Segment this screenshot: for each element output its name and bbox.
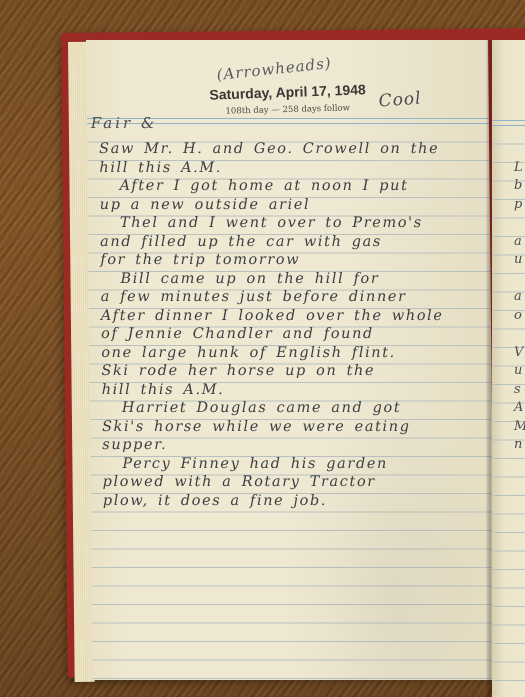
facing-mark — [514, 214, 525, 233]
entry-line: Harriet Douglas came and got — [102, 399, 487, 417]
facing-mark: u — [514, 251, 525, 270]
facing-mark: p — [514, 196, 525, 215]
diary-page-left: (Arrowheads) Saturday, April 17, 1948 10… — [86, 40, 495, 680]
diary-entry: Saw Mr. H. and Geo. Crowell on thehill t… — [99, 140, 488, 510]
entry-line: Percy Finney had his garden — [102, 454, 487, 472]
facing-mark: M — [514, 418, 525, 437]
header-double-rule — [492, 120, 525, 126]
entry-line: a few minutes just before dinner — [101, 288, 486, 306]
entry-line: hill this A.M. — [102, 380, 487, 398]
facing-mark: o — [514, 307, 525, 326]
entry-line: of Jennie Chandler and found — [101, 325, 486, 343]
facing-mark: s — [514, 381, 525, 400]
facing-mark — [514, 140, 525, 159]
entry-line: Thel and I went over to Premo's — [100, 214, 485, 232]
facing-mark: n — [514, 436, 525, 455]
facing-mark: V — [514, 344, 525, 363]
facing-mark: a — [514, 233, 525, 252]
entry-line: Ski's horse while we were eating — [102, 417, 487, 435]
handwritten-annotation: (Arrowheads) — [216, 54, 333, 84]
facing-mark: a — [514, 288, 525, 307]
entry-line: one large hunk of English flint. — [101, 343, 486, 361]
facing-page-handwriting: LbpauaoVusAMn — [514, 140, 525, 455]
facing-mark: b — [514, 177, 525, 196]
entry-line: plowed with a Rotary Tractor — [103, 473, 488, 491]
facing-mark: u — [514, 362, 525, 381]
weather-note-left: Fair & — [91, 114, 158, 132]
entry-line: hill this A.M. — [99, 158, 484, 176]
entry-line: and filled up the car with gas — [100, 232, 485, 250]
weather-note-right: Cool — [378, 89, 422, 112]
entry-line: up a new outside ariel — [100, 195, 485, 213]
facing-mark — [514, 325, 525, 344]
entry-line: Bill came up on the hill for — [100, 269, 485, 287]
entry-line: Ski rode her horse up on the — [101, 362, 486, 380]
entry-line: for the trip tomorrow — [100, 251, 485, 269]
facing-mark: L — [514, 159, 525, 178]
entry-line: plow, it does a fine job. — [103, 491, 488, 509]
facing-mark: A — [514, 399, 525, 418]
diary-page-right-edge: LbpauaoVusAMn — [492, 40, 525, 697]
entry-line: After dinner I looked over the whole — [101, 306, 486, 324]
facing-mark — [514, 270, 525, 289]
entry-line: supper. — [102, 436, 487, 454]
entry-line: After I got home at noon I put — [99, 177, 484, 195]
entry-line: Saw Mr. H. and Geo. Crowell on the — [99, 140, 484, 158]
